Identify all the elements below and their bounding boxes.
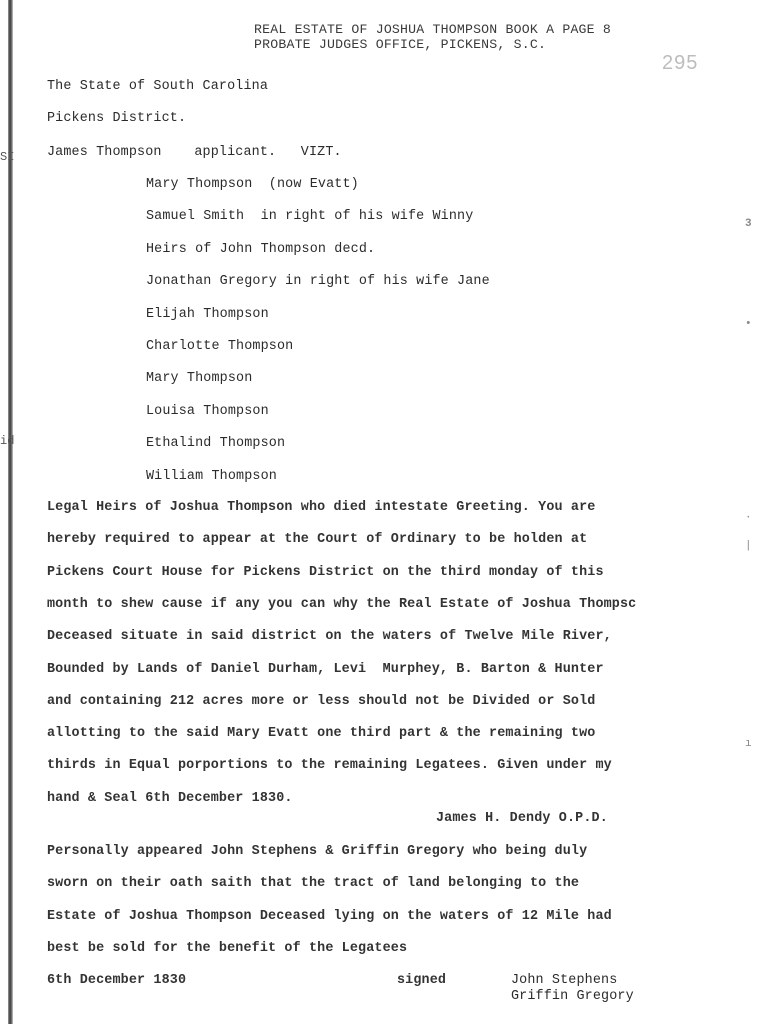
- respondent-item: Mary Thompson: [146, 371, 252, 386]
- margin-fragment-right-top: 3: [745, 218, 752, 230]
- citation-line: and containing 212 acres more or less sh…: [47, 694, 595, 709]
- citation-line: Legal Heirs of Joshua Thompson who died …: [47, 500, 595, 515]
- signer-2: Griffin Gregory: [511, 989, 634, 1004]
- respondent-item: Samuel Smith in right of his wife Winny: [146, 209, 473, 224]
- respondent-item: William Thompson: [146, 469, 277, 484]
- margin-tick: ı: [745, 738, 752, 750]
- affidavit-line: Estate of Joshua Thompson Deceased lying…: [47, 909, 612, 924]
- judge-signature: James H. Dendy O.P.D.: [436, 811, 608, 826]
- respondent-item: Charlotte Thompson: [146, 339, 293, 354]
- respondent-item: Mary Thompson (now Evatt): [146, 177, 359, 192]
- affidavit-line: Personally appeared John Stephens & Grif…: [47, 844, 587, 859]
- state-heading: The State of South Carolina: [47, 79, 268, 94]
- margin-fragment-left-top: SI: [0, 150, 14, 164]
- header-line-2: PROBATE JUDGES OFFICE, PICKENS, S.C.: [254, 37, 611, 52]
- citation-line: Bounded by Lands of Daniel Durham, Levi …: [47, 662, 604, 677]
- respondent-item: Elijah Thompson: [146, 307, 269, 322]
- applicant-line: James Thompson applicant. VIZT.: [47, 145, 342, 160]
- citation-line: Deceased situate in said district on the…: [47, 629, 612, 644]
- page-number: 295: [662, 52, 698, 75]
- signer-1: John Stephens: [511, 973, 617, 988]
- citation-line: Pickens Court House for Pickens District…: [47, 565, 604, 580]
- affidavit-line: sworn on their oath saith that the tract…: [47, 876, 579, 891]
- respondent-item: Louisa Thompson: [146, 404, 269, 419]
- citation-line: allotting to the said Mary Evatt one thi…: [47, 726, 595, 741]
- margin-tick: |: [745, 540, 752, 552]
- margin-dot: ·: [745, 512, 752, 524]
- citation-line: month to shew cause if any you can why t…: [47, 597, 636, 612]
- affidavit-line: best be sold for the benefit of the Lega…: [47, 941, 407, 956]
- citation-line: hand & Seal 6th December 1830.: [47, 791, 293, 806]
- footer-date: 6th December 1830: [47, 973, 186, 988]
- margin-fragment-left-mid: id: [0, 434, 14, 448]
- citation-line: thirds in Equal porportions to the remai…: [47, 758, 612, 773]
- header-line-1: REAL ESTATE OF JOSHUA THOMPSON BOOK A PA…: [254, 22, 611, 37]
- document-header: REAL ESTATE OF JOSHUA THOMPSON BOOK A PA…: [254, 22, 611, 52]
- respondent-item: Jonathan Gregory in right of his wife Ja…: [146, 274, 490, 289]
- margin-dot: •: [745, 318, 752, 330]
- district-heading: Pickens District.: [47, 111, 186, 126]
- citation-line: hereby required to appear at the Court o…: [47, 532, 587, 547]
- respondent-item: Heirs of John Thompson decd.: [146, 242, 375, 257]
- respondent-item: Ethalind Thompson: [146, 436, 285, 451]
- signed-label: signed: [397, 973, 446, 988]
